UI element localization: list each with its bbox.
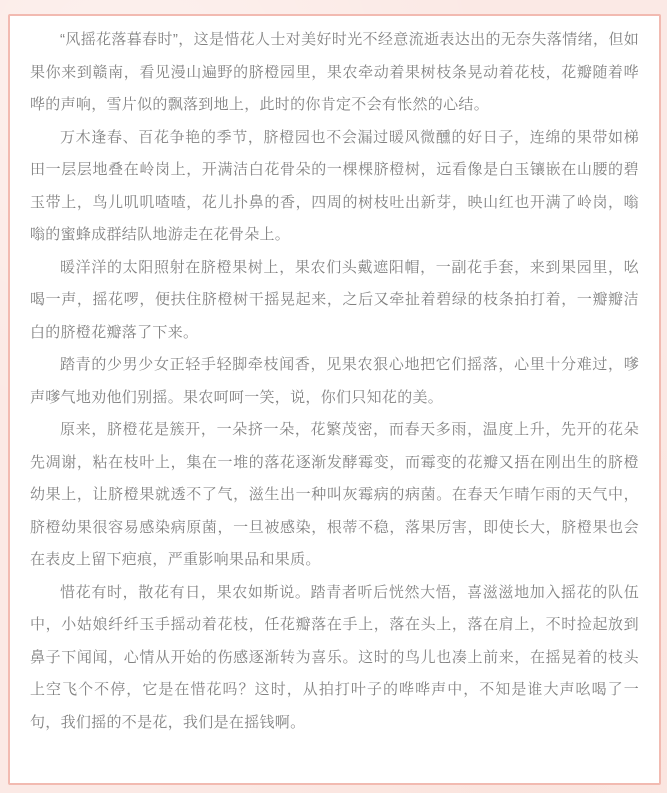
paragraph: “风摇花落暮春时”，这是惜花人士对美好时光不经意流逝表达出的无奈失落情绪，但如果… (30, 24, 639, 122)
paragraph: 万木逢春、百花争艳的季节，脐橙园也不会漏过暖风微醺的好日子，连绵的果带如梯田一层… (30, 122, 639, 252)
paragraph: 暖洋洋的太阳照射在脐橙果树上，果农们头戴遮阳帽，一副花手套，来到果园里，吆喝一声… (30, 252, 639, 350)
article-card: “风摇花落暮春时”，这是惜花人士对美好时光不经意流逝表达出的无奈失落情绪，但如果… (8, 14, 661, 785)
paragraph: 惜花有时，散花有日，果农如斯说。踏青者听后恍然大悟，喜滋滋地加入摇花的队伍中，小… (30, 577, 639, 740)
paragraph: 踏青的少男少女正轻手轻脚牵枝闻香，见果农狠心地把它们摇落，心里十分难过，嗲声嗲气… (30, 349, 639, 414)
article-body: “风摇花落暮春时”，这是惜花人士对美好时光不经意流逝表达出的无奈失落情绪，但如果… (30, 24, 639, 739)
page-background: “风摇花落暮春时”，这是惜花人士对美好时光不经意流逝表达出的无奈失落情绪，但如果… (0, 0, 667, 793)
paragraph: 原来，脐橙花是簇开，一朵挤一朵，花繁茂密，而春天多雨，温度上升，先开的花朵先凋谢… (30, 414, 639, 577)
